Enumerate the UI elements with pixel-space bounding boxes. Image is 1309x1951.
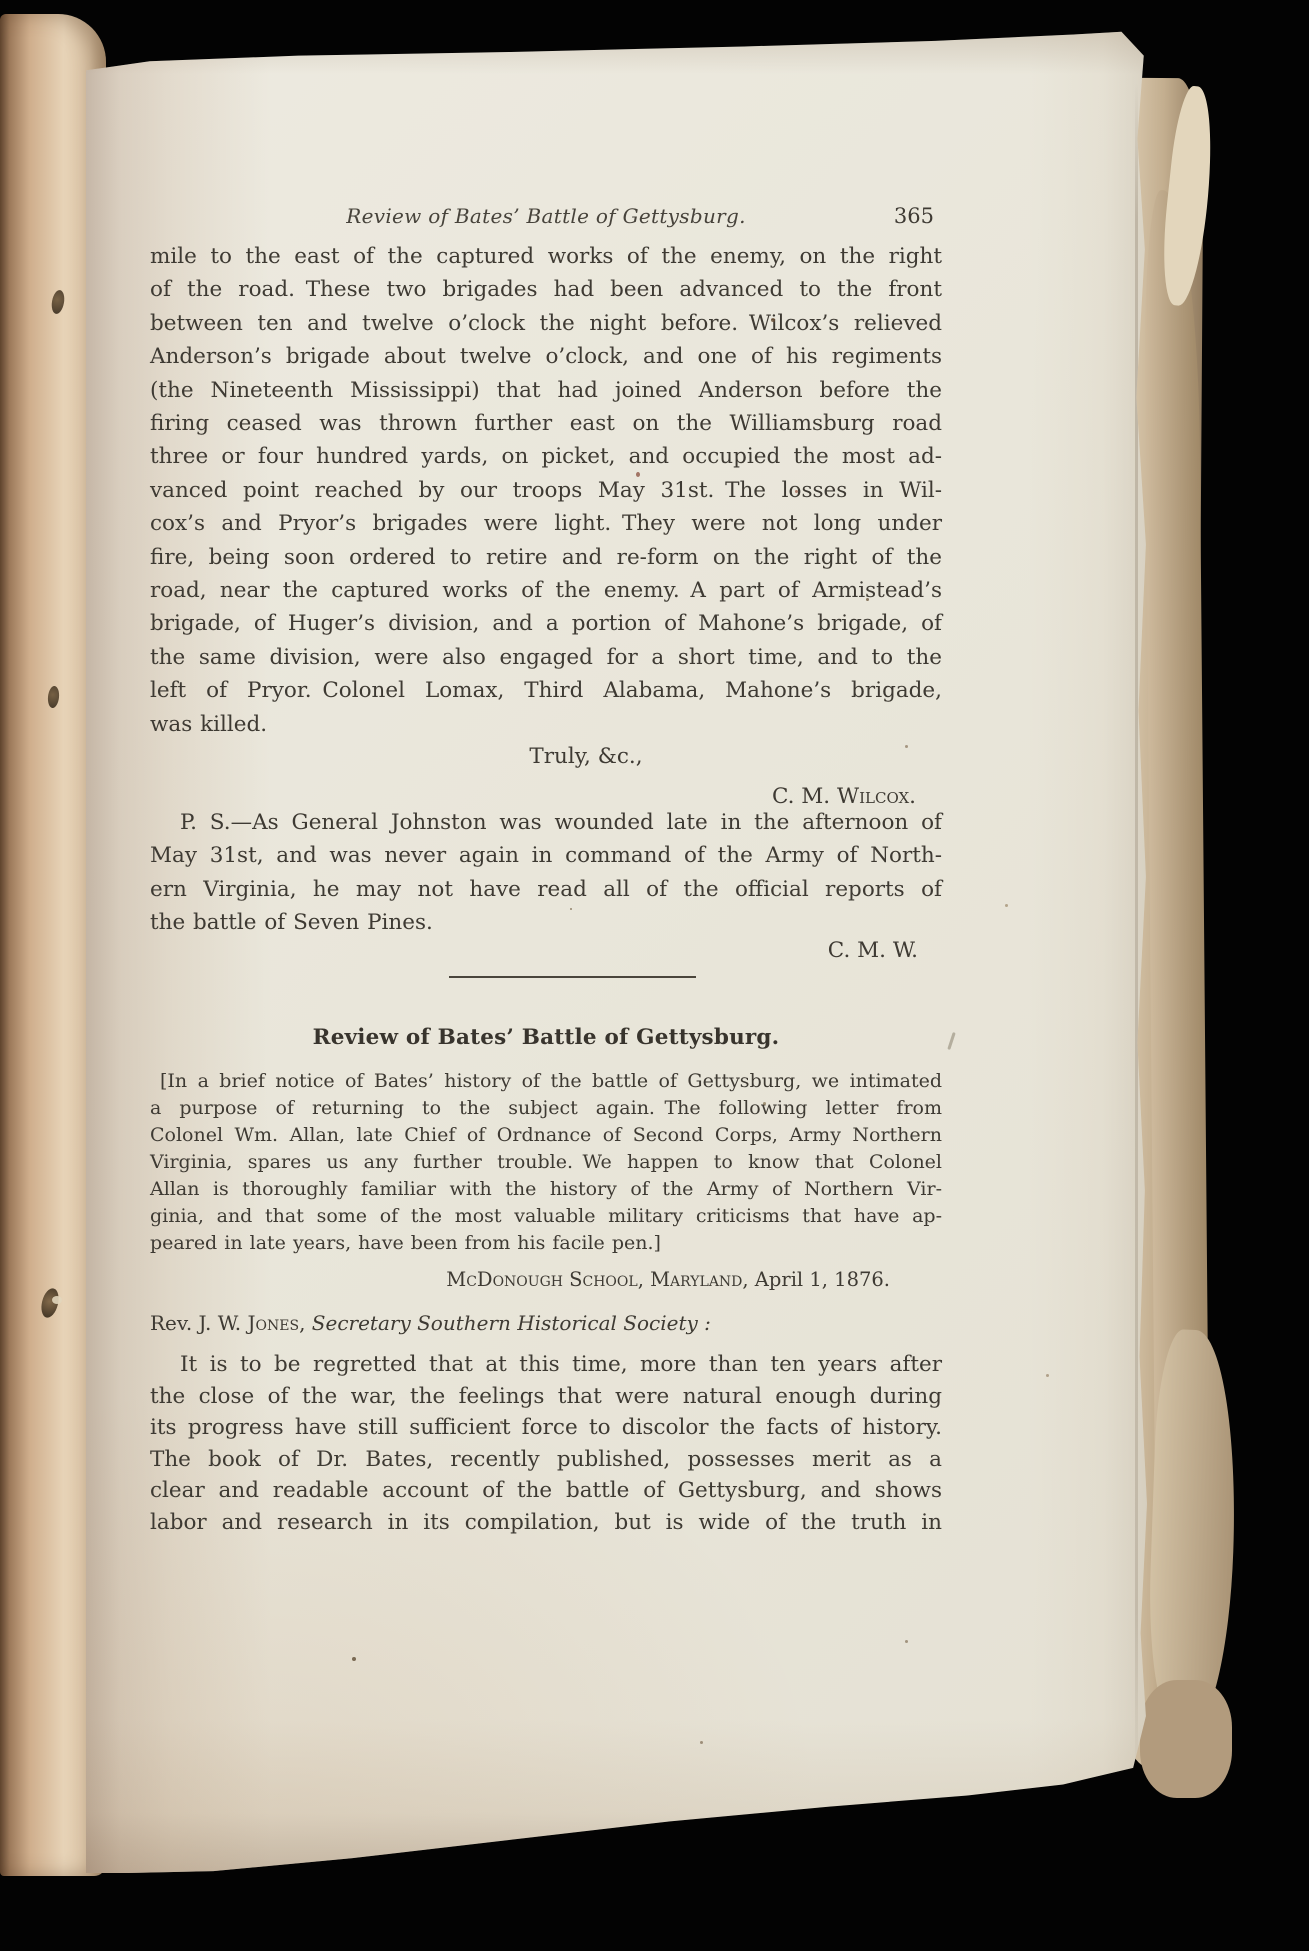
- text-line: brigade, of Huger’s division, and a port…: [150, 607, 942, 640]
- text-line: a purpose of returning to the subject ag…: [150, 1095, 942, 1122]
- running-head: Review of Bates’ Battle of Gettysburg.: [150, 204, 942, 228]
- text-line: labor and research in its compilation, b…: [150, 1507, 942, 1539]
- foxing-spot: [700, 1741, 703, 1744]
- salutation: Rev. J. W. Jones, Secretary Southern His…: [150, 1311, 942, 1335]
- text-line: the battle of Seven Pines.: [150, 906, 942, 939]
- foxing-spot: [352, 1657, 356, 1661]
- salutation-prefix: Rev. J. W.: [150, 1311, 248, 1335]
- salutation-separator: ,: [299, 1311, 312, 1335]
- foxing-spot: [905, 745, 908, 748]
- text-line: three or four hundred yards, on picket, …: [150, 440, 942, 473]
- text-line: clear and readable account of the battle…: [150, 1475, 942, 1507]
- editor-note: [In a brief notice of Bates’ history of …: [150, 1068, 942, 1257]
- text-line: May 31st, and was never again in command…: [150, 839, 942, 872]
- page-crease: [1135, 83, 1138, 1783]
- text-line: left of Pryor. Colonel Lomax, Third Alab…: [150, 674, 942, 707]
- text-line: firing ceased was thrown further east on…: [150, 407, 942, 440]
- text-line: [In a brief notice of Bates’ history of …: [150, 1068, 942, 1095]
- article-heading: Review of Bates’ Battle of Gettysburg.: [150, 1025, 942, 1050]
- salutation-name: Jones: [248, 1311, 300, 1335]
- page-number: 365: [894, 204, 934, 228]
- foxing-spot: [866, 598, 869, 601]
- text-line: was killed.: [150, 708, 942, 741]
- page-edge-stack: [1140, 1680, 1232, 1798]
- text-line: road, near the captured works of the ene…: [150, 574, 942, 607]
- text-line: vanced point reached by our troops May 3…: [150, 474, 942, 507]
- foxing-spot: [636, 472, 640, 477]
- foxing-spot: [1046, 1374, 1049, 1377]
- dateline-place: McDonough School, Maryland,: [446, 1268, 748, 1291]
- text-line: peared in late years, have been from his…: [150, 1230, 942, 1257]
- text-line: (the Nineteenth Mississippi) that had jo…: [150, 374, 942, 407]
- text-line: The book of Dr. Bates, recently publishe…: [150, 1444, 942, 1476]
- text-line: the close of the war, the feelings that …: [150, 1381, 942, 1413]
- dateline: McDonough School, Maryland, April 1, 187…: [150, 1268, 942, 1291]
- foxing-spot: [795, 490, 798, 493]
- letter-body: mile to the east of the captured works o…: [150, 240, 942, 741]
- book-page: Review of Bates’ Battle of Gettysburg. 3…: [86, 28, 1148, 1873]
- text-line: ginia, and that some of the most valuabl…: [150, 1203, 942, 1230]
- binding-thread: [52, 1296, 62, 1304]
- foxing-spot: [763, 1102, 766, 1105]
- foxing-spot: [1005, 904, 1008, 907]
- foxing-spot: [771, 318, 775, 322]
- running-head-row: Review of Bates’ Battle of Gettysburg. 3…: [150, 204, 942, 234]
- text-line: It is to be regretted that at this time,…: [150, 1349, 942, 1381]
- foxing-spot: [500, 1421, 503, 1424]
- text-line: between ten and twelve o’clock the night…: [150, 307, 942, 340]
- text-line: fire, being soon ordered to retire and r…: [150, 541, 942, 574]
- dateline-date: April 1, 1876.: [749, 1268, 890, 1291]
- text-line: Anderson’s brigade about twelve o’clock,…: [150, 340, 942, 373]
- text-line: mile to the east of the captured works o…: [150, 240, 942, 273]
- scanned-book-photo: Review of Bates’ Battle of Gettysburg. 3…: [0, 0, 1309, 1951]
- foxing-spot: [905, 1640, 908, 1643]
- text-line: of the road. These two brigades had been…: [150, 273, 942, 306]
- letter-postscript: P. S.—As General Johnston was wounded la…: [150, 806, 942, 940]
- postscript-signature: C. M. W.: [150, 938, 942, 963]
- text-line: Virginia, spares us any further trouble.…: [150, 1149, 942, 1176]
- text-line: Colonel Wm. Allan, late Chief of Ordnanc…: [150, 1122, 942, 1149]
- text-line: the same division, were also engaged for…: [150, 641, 942, 674]
- text-line: Allan is thoroughly familiar with the hi…: [150, 1176, 942, 1203]
- text-line: cox’s and Pryor’s brigades were light. T…: [150, 507, 942, 540]
- letter-closing: Truly, &c.,: [150, 744, 942, 769]
- text-line: P. S.—As General Johnston was wounded la…: [150, 806, 942, 839]
- section-divider: [449, 976, 696, 978]
- text-line: its progress have still sufficient force…: [150, 1412, 942, 1444]
- text-line: ern Virginia, he may not have read all o…: [150, 873, 942, 906]
- foxing-spot: [570, 908, 572, 910]
- article-body: It is to be regretted that at this time,…: [150, 1349, 942, 1539]
- page-edge-stack: [1145, 1329, 1241, 1732]
- salutation-role: Secretary Southern Historical Society :: [312, 1311, 711, 1335]
